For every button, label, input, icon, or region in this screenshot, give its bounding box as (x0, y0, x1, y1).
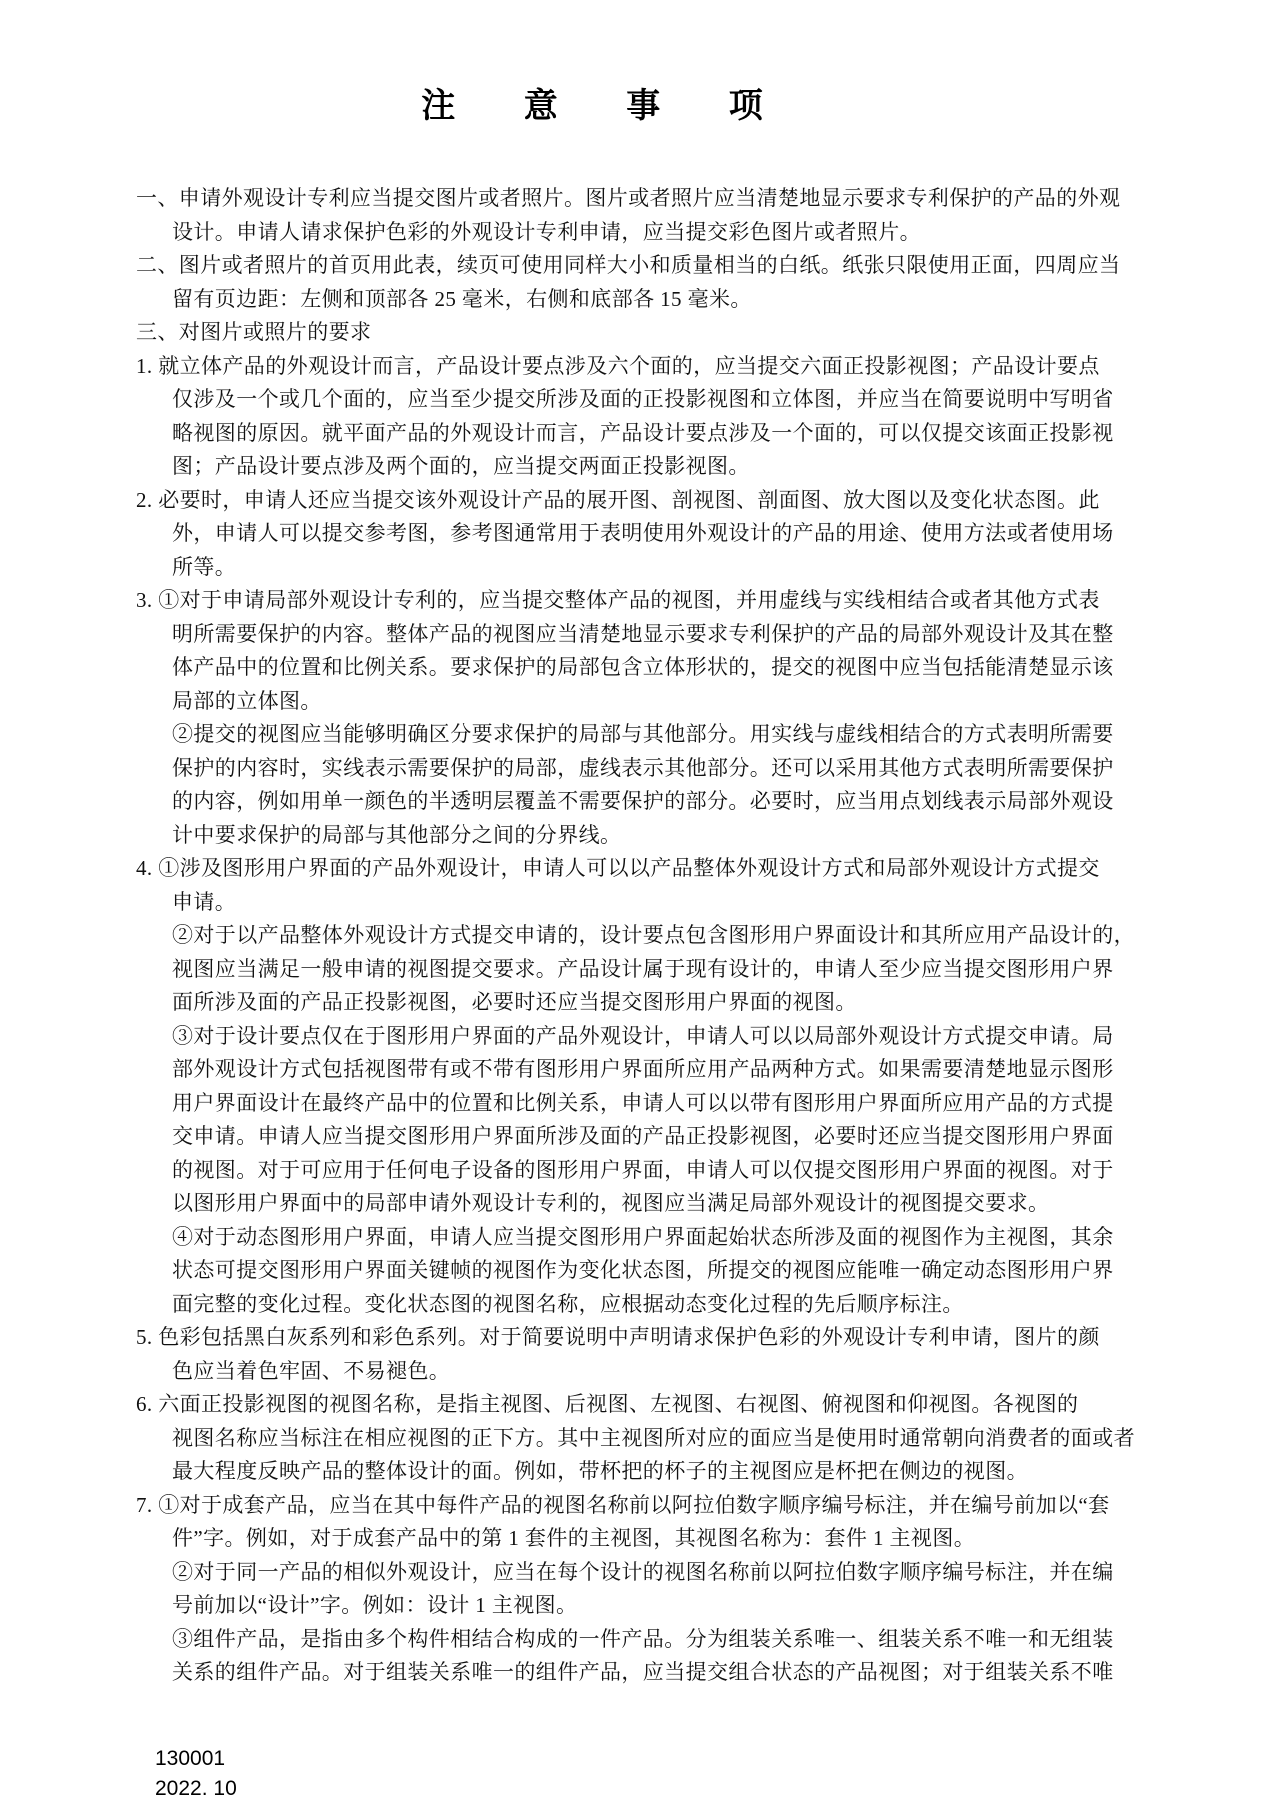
text-line: ③组件产品，是指由多个构件相结合构成的一件产品。分为组装关系唯一、组装关系不唯一… (136, 1623, 1220, 1657)
text-line: 部外观设计方式包括视图带有或不带有图形用户界面所应用产品两种方式。如果需要清楚地… (136, 1053, 1220, 1087)
text-line: ④对于动态图形用户界面，申请人应当提交图形用户界面起始状态所涉及面的视图作为主视… (136, 1221, 1220, 1255)
text-line: 的内容，例如用单一颜色的半透明层覆盖不需要保护的部分。必要时，应当用点划线表示局… (136, 785, 1220, 819)
text-line: 6. 六面正投影视图的视图名称，是指主视图、后视图、左视图、右视图、俯视图和仰视… (136, 1388, 1220, 1422)
text-line: 以图形用户界面中的局部申请外观设计专利的，视图应当满足局部外观设计的视图提交要求… (136, 1187, 1220, 1221)
text-line: 视图名称应当标注在相应视图的正下方。其中主视图所对应的面应当是使用时通常朝向消费… (136, 1422, 1220, 1456)
text-line: ②提交的视图应当能够明确区分要求保护的局部与其他部分。用实线与虚线相结合的方式表… (136, 718, 1220, 752)
text-line: 状态可提交图形用户界面关键帧的视图作为变化状态图，所提交的视图应能唯一确定动态图… (136, 1254, 1220, 1288)
text-line: 留有页边距：左侧和顶部各 25 毫米，右侧和底部各 15 毫米。 (136, 283, 1220, 317)
form-code: 130001 (155, 1744, 237, 1774)
text-line: 最大程度反映产品的整体设计的面。例如，带杯把的杯子的主视图应是杯把在侧边的视图。 (136, 1455, 1220, 1489)
text-line: 外，申请人可以提交参考图，参考图通常用于表明使用外观设计的产品的用途、使用方法或… (136, 517, 1220, 551)
text-line: 三、对图片或照片的要求 (136, 316, 1220, 350)
text-line: 的视图。对于可应用于任何电子设备的图形用户界面，申请人可以仅提交图形用户界面的视… (136, 1154, 1220, 1188)
text-line: 交申请。申请人应当提交图形用户界面所涉及面的产品正投影视图，必要时还应当提交图形… (136, 1120, 1220, 1154)
document-page: 注 意 事 项 一、申请外观设计专利应当提交图片或者照片。图片或者照片应当清楚地… (0, 0, 1280, 1810)
text-line: 关系的组件产品。对于组装关系唯一的组件产品，应当提交组合状态的产品视图；对于组装… (136, 1656, 1220, 1690)
text-line: ③对于设计要点仅在于图形用户界面的产品外观设计，申请人可以以局部外观设计方式提交… (136, 1020, 1220, 1054)
text-line: ②对于同一产品的相似外观设计，应当在每个设计的视图名称前以阿拉伯数字顺序编号标注… (136, 1556, 1220, 1590)
text-line: 二、图片或者照片的首页用此表，续页可使用同样大小和质量相当的白纸。纸张只限使用正… (136, 249, 1220, 283)
text-line: 4. ①涉及图形用户界面的产品外观设计，申请人可以以产品整体外观设计方式和局部外… (136, 852, 1220, 886)
text-line: 所等。 (136, 551, 1220, 585)
text-line: 仅涉及一个或几个面的，应当至少提交所涉及面的正投影视图和立体图，并应当在简要说明… (136, 383, 1220, 417)
text-line: 保护的内容时，实线表示需要保护的局部，虚线表示其他部分。还可以采用其他方式表明所… (136, 752, 1220, 786)
text-line: 局部的立体图。 (136, 685, 1220, 719)
text-line: 件”字。例如，对于成套产品中的第 1 套件的主视图，其视图名称为：套件 1 主视… (136, 1522, 1220, 1556)
page-footer: 130001 2022. 10 (155, 1744, 237, 1804)
text-line: 设计。申请人请求保护色彩的外观设计专利申请，应当提交彩色图片或者照片。 (136, 216, 1220, 250)
text-line: 视图应当满足一般申请的视图提交要求。产品设计属于现有设计的，申请人至少应当提交图… (136, 953, 1220, 987)
text-line: 一、申请外观设计专利应当提交图片或者照片。图片或者照片应当清楚地显示要求专利保护… (136, 182, 1220, 216)
text-line: ②对于以产品整体外观设计方式提交申请的，设计要点包含图形用户界面设计和其所应用产… (136, 919, 1220, 953)
text-line: 明所需要保护的内容。整体产品的视图应当清楚地显示要求专利保护的产品的局部外观设计… (136, 618, 1220, 652)
text-line: 号前加以“设计”字。例如：设计 1 主视图。 (136, 1589, 1220, 1623)
text-line: 5. 色彩包括黑白灰系列和彩色系列。对于简要说明中声明请求保护色彩的外观设计专利… (136, 1321, 1220, 1355)
text-line: 色应当着色牢固、不易褪色。 (136, 1355, 1220, 1389)
text-line: 7. ①对于成套产品，应当在其中每件产品的视图名称前以阿拉伯数字顺序编号标注，并… (136, 1489, 1220, 1523)
text-line: 图；产品设计要点涉及两个面的，应当提交两面正投影视图。 (136, 450, 1220, 484)
page-title: 注 意 事 项 (0, 78, 1214, 127)
text-line: 2. 必要时，申请人还应当提交该外观设计产品的展开图、剖视图、剖面图、放大图以及… (136, 484, 1220, 518)
text-line: 用户界面设计在最终产品中的位置和比例关系，申请人可以以带有图形用户界面所应用产品… (136, 1087, 1220, 1121)
text-line: 3. ①对于申请局部外观设计专利的，应当提交整体产品的视图，并用虚线与实线相结合… (136, 584, 1220, 618)
text-line: 计中要求保护的局部与其他部分之间的分界线。 (136, 819, 1220, 853)
text-line: 面完整的变化过程。变化状态图的视图名称，应根据动态变化过程的先后顺序标注。 (136, 1288, 1220, 1322)
text-line: 申请。 (136, 886, 1220, 920)
notice-body: 一、申请外观设计专利应当提交图片或者照片。图片或者照片应当清楚地显示要求专利保护… (136, 182, 1220, 1690)
text-line: 体产品中的位置和比例关系。要求保护的局部包含立体形状的，提交的视图中应当包括能清… (136, 651, 1220, 685)
text-line: 面所涉及面的产品正投影视图，必要时还应当提交图形用户界面的视图。 (136, 986, 1220, 1020)
text-line: 1. 就立体产品的外观设计而言，产品设计要点涉及六个面的，应当提交六面正投影视图… (136, 350, 1220, 384)
text-line: 略视图的原因。就平面产品的外观设计而言，产品设计要点涉及一个面的，可以仅提交该面… (136, 417, 1220, 451)
form-date: 2022. 10 (155, 1774, 237, 1804)
